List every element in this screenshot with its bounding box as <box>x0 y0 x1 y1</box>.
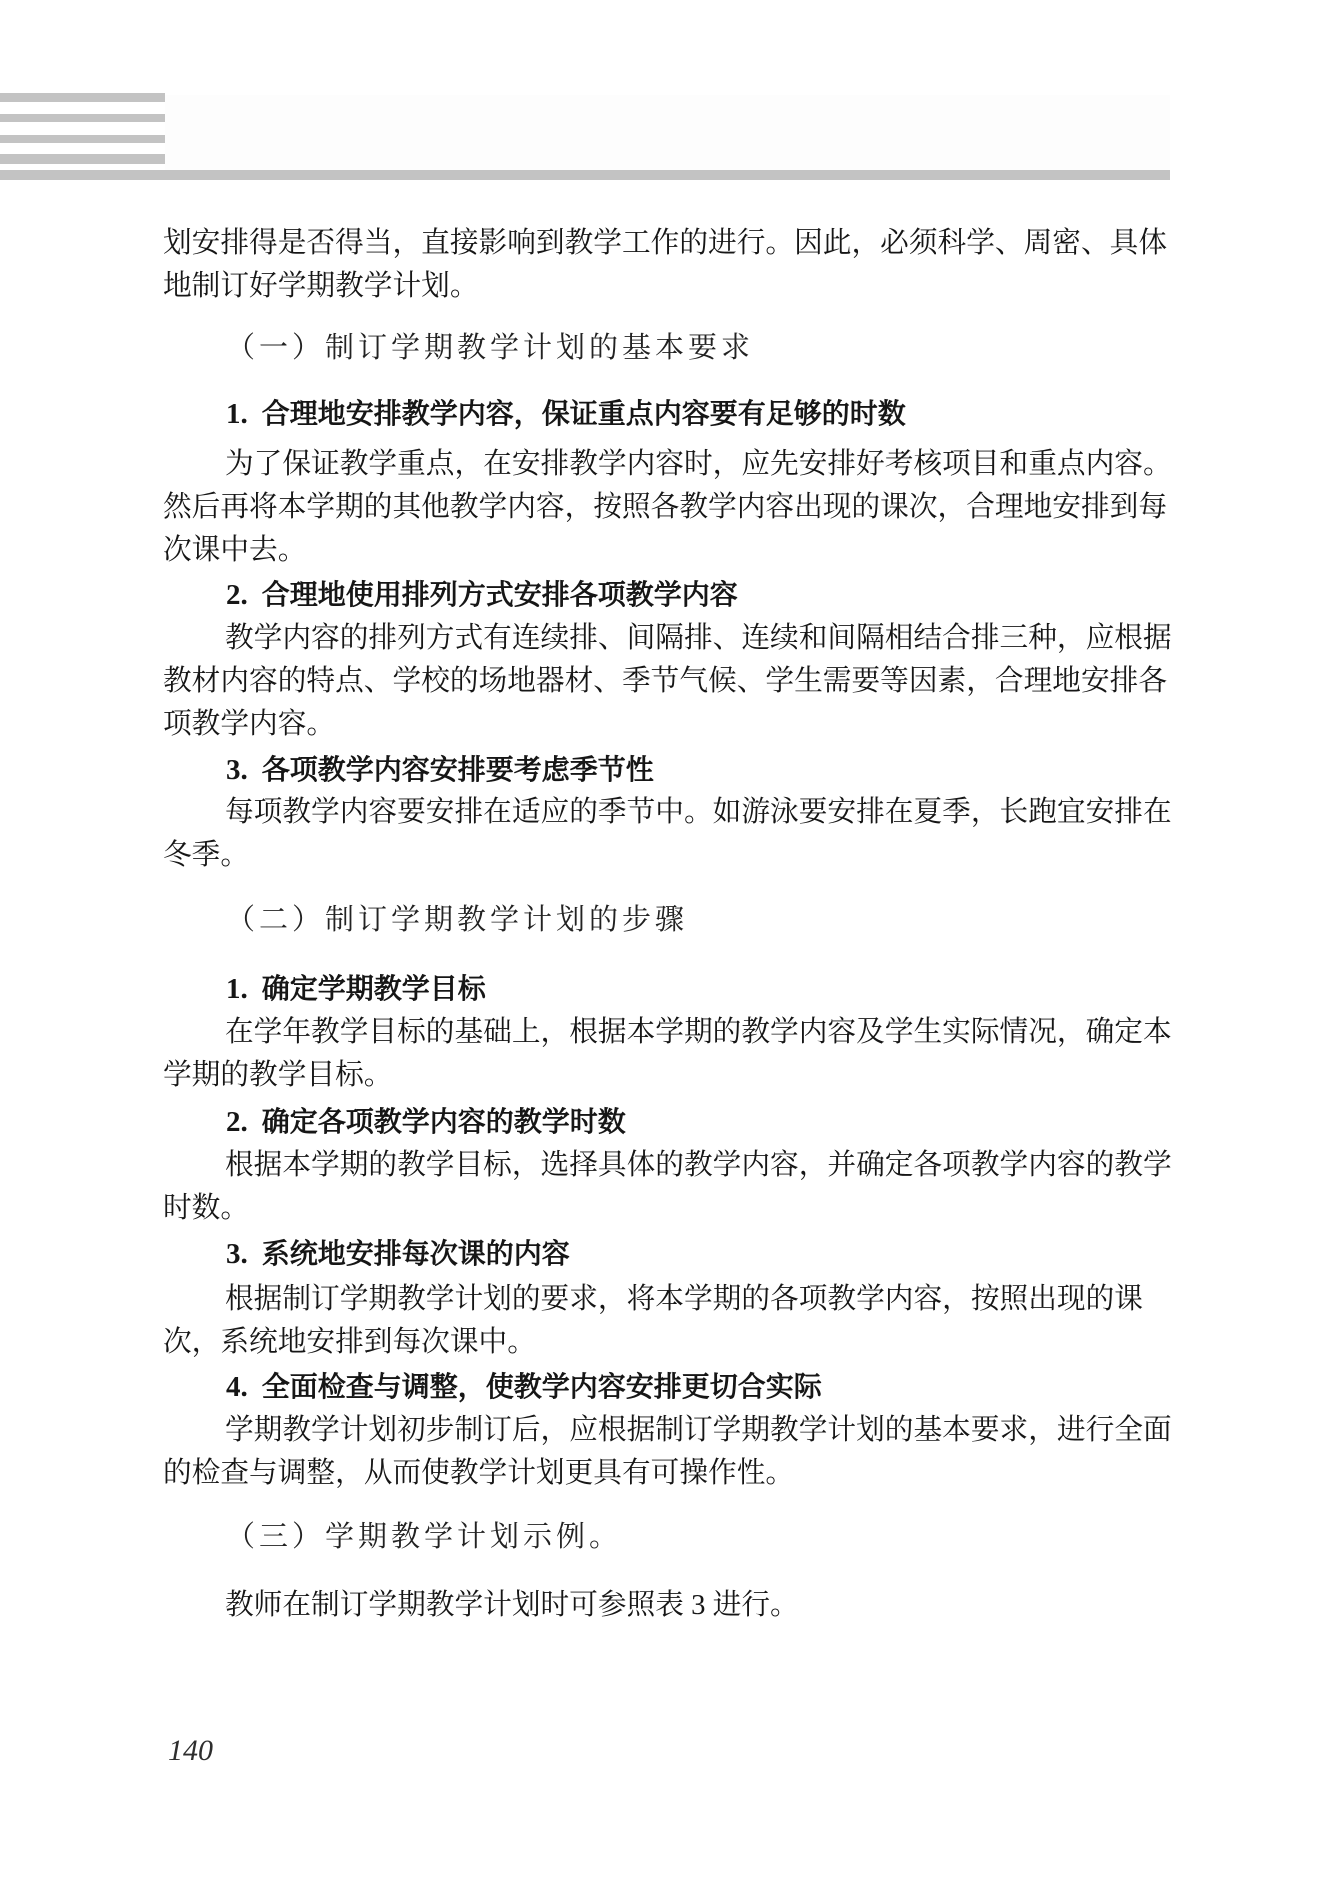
paragraph: 教学内容的排列方式有连续排、间隔排、连续和间隔相结合排三种，应根据教材内容的特点… <box>163 617 1170 746</box>
subheading-number: 4. <box>226 1371 248 1403</box>
subheading-number: 2. <box>226 579 248 611</box>
text-line: 教材内容的特点、学校的场地器材、季节气候、学生需要等因素，合理地安排各 <box>163 660 1170 703</box>
subheading: 1.合理地安排教学内容，保证重点内容要有足够的时数 <box>226 392 1170 435</box>
subheading-number: 2. <box>226 1106 248 1138</box>
header-bar-4 <box>0 154 165 164</box>
text-line: 然后再将本学期的其他教学内容，按照各教学内容出现的课次，合理地安排到每 <box>163 486 1170 529</box>
subheading-number: 1. <box>226 398 248 430</box>
subheading-label: 各项教学内容安排要考虑季节性 <box>262 754 654 785</box>
text-line: 学期的教学目标。 <box>163 1054 1170 1097</box>
text-line: 的检查与调整，从而使教学计划更具有可操作性。 <box>163 1452 1170 1495</box>
header-bar-2 <box>0 114 165 122</box>
paragraph: 为了保证教学重点，在安排教学内容时，应先安排好考核项目和重点内容。然后再将本学期… <box>163 443 1170 572</box>
subheading-label: 全面检查与调整，使教学内容安排更切合实际 <box>262 1371 822 1402</box>
text-line: 为了保证教学重点，在安排教学内容时，应先安排好考核项目和重点内容。 <box>163 443 1170 486</box>
paragraph: 教师在制订学期教学计划时可参照表 3 进行。 <box>163 1584 1170 1627</box>
header-bar-3 <box>0 135 165 143</box>
page-number: 140 <box>168 1734 213 1768</box>
content: 划安排得是否得当，直接影响到教学工作的进行。因此，必须科学、周密、具体地制订好学… <box>163 0 1170 1627</box>
subheading: 3.系统地安排每次课的内容 <box>226 1232 1170 1275</box>
text-line: 根据制订学期教学计划的要求，将本学期的各项教学内容，按照出现的课 <box>163 1278 1170 1321</box>
section-heading: （二）制订学期教学计划的步骤 <box>226 899 1170 942</box>
paragraph: 每项教学内容要安排在适应的季节中。如游泳要安排在夏季，长跑宜安排在冬季。 <box>163 791 1170 877</box>
subheading-number: 1. <box>226 973 248 1005</box>
subheading: 2.合理地使用排列方式安排各项教学内容 <box>226 573 1170 616</box>
section-heading: （一）制订学期教学计划的基本要求 <box>226 327 1170 370</box>
subheading-number: 3. <box>226 754 248 786</box>
text-line: 冬季。 <box>163 834 1170 877</box>
text-line: 项教学内容。 <box>163 703 1170 746</box>
text-line: 划安排得是否得当，直接影响到教学工作的进行。因此，必须科学、周密、具体 <box>163 222 1170 265</box>
paragraph: 划安排得是否得当，直接影响到教学工作的进行。因此，必须科学、周密、具体地制订好学… <box>163 222 1170 308</box>
paragraph: 根据制订学期教学计划的要求，将本学期的各项教学内容，按照出现的课次，系统地安排到… <box>163 1278 1170 1364</box>
text-line: 教师在制订学期教学计划时可参照表 3 进行。 <box>163 1584 1170 1627</box>
text-line: 在学年教学目标的基础上，根据本学期的教学内容及学生实际情况，确定本 <box>163 1011 1170 1054</box>
text-line: 次课中去。 <box>163 529 1170 572</box>
subheading-label: 确定学期教学目标 <box>262 973 486 1004</box>
section-heading: （三）学期教学计划示例。 <box>226 1516 1170 1559</box>
text-line: 每项教学内容要安排在适应的季节中。如游泳要安排在夏季，长跑宜安排在 <box>163 791 1170 834</box>
paragraph: 根据本学期的教学目标，选择具体的教学内容，并确定各项教学内容的教学时数。 <box>163 1144 1170 1230</box>
subheading: 4.全面检查与调整，使教学内容安排更切合实际 <box>226 1365 1170 1408</box>
header-bar-1 <box>0 93 165 102</box>
paragraph: 学期教学计划初步制订后，应根据制订学期教学计划的基本要求，进行全面的检查与调整，… <box>163 1409 1170 1495</box>
subheading-label: 系统地安排每次课的内容 <box>262 1238 570 1269</box>
subheading-number: 3. <box>226 1238 248 1270</box>
subheading: 1.确定学期教学目标 <box>226 967 1170 1010</box>
subheading-label: 合理地安排教学内容，保证重点内容要有足够的时数 <box>262 398 906 429</box>
subheading: 2.确定各项教学内容的教学时数 <box>226 1100 1170 1143</box>
text-line: 地制订好学期教学计划。 <box>163 265 1170 308</box>
paragraph: 在学年教学目标的基础上，根据本学期的教学内容及学生实际情况，确定本学期的教学目标… <box>163 1011 1170 1097</box>
subheading-label: 确定各项教学内容的教学时数 <box>262 1106 626 1137</box>
subheading: 3.各项教学内容安排要考虑季节性 <box>226 748 1170 791</box>
text-line: 根据本学期的教学目标，选择具体的教学内容，并确定各项教学内容的教学 <box>163 1144 1170 1187</box>
text-line: 次，系统地安排到每次课中。 <box>163 1321 1170 1364</box>
page: { "colors": { "bar_gray": "#c3c3c3", "te… <box>0 0 1331 1884</box>
text-line: 教学内容的排列方式有连续排、间隔排、连续和间隔相结合排三种，应根据 <box>163 617 1170 660</box>
text-line: 学期教学计划初步制订后，应根据制订学期教学计划的基本要求，进行全面 <box>163 1409 1170 1452</box>
subheading-label: 合理地使用排列方式安排各项教学内容 <box>262 579 738 610</box>
text-line: 时数。 <box>163 1187 1170 1230</box>
